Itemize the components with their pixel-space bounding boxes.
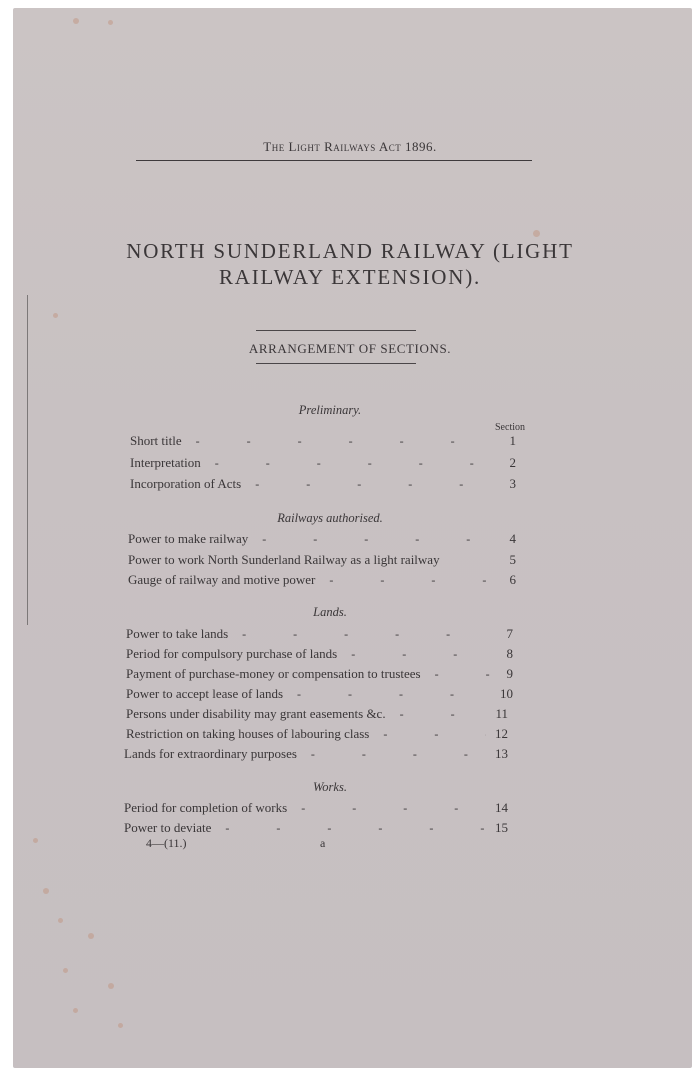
toc-title: Restriction on taking houses of labourin… xyxy=(126,726,369,742)
dot-leader: - - - - - - - - - - - - xyxy=(241,477,494,492)
toc-row: Interpretation- - - - - - - - - - - -2 xyxy=(130,455,516,473)
toc-row: Power to make railway- - - - - - - - - -… xyxy=(128,531,516,549)
toc-title: Gauge of railway and motive power xyxy=(128,572,315,588)
toc-section-number: 12 xyxy=(486,726,508,742)
toc-title: Power to accept lease of lands xyxy=(126,686,283,702)
print-mark: 4—(11.) xyxy=(146,836,187,851)
dot-leader: - - - - - - - - - - - - xyxy=(337,647,491,662)
toc-row: Period for completion of works- - - - - … xyxy=(124,800,508,818)
toc-title: Interpretation xyxy=(130,455,201,471)
toc-title: Short title xyxy=(130,433,182,449)
toc-section-number: 1 xyxy=(494,433,516,449)
toc-section-number: 2 xyxy=(494,455,516,471)
toc-row: Incorporation of Acts- - - - - - - - - -… xyxy=(130,476,516,494)
dot-leader: - - - - - - - - - - - - xyxy=(287,801,486,816)
toc-row: Restriction on taking houses of labourin… xyxy=(126,726,508,744)
toc-row: Power to work North Sunderland Railway a… xyxy=(128,552,516,570)
toc-title: Lands for extraordinary purposes xyxy=(124,746,297,762)
toc-section-number: 3 xyxy=(494,476,516,492)
title-line-1: NORTH SUNDERLAND RAILWAY (LIGHT xyxy=(0,238,700,264)
dot-leader: - - - - - - - - - - - - xyxy=(315,573,494,588)
toc-section-number: 14 xyxy=(486,800,508,816)
toc-title: Period for completion of works xyxy=(124,800,287,816)
arrangement-rule-bottom xyxy=(256,363,416,364)
toc-section-number: 13 xyxy=(486,746,508,762)
toc-row: Lands for extraordinary purposes- - - - … xyxy=(124,746,508,764)
running-head: The Light Railways Act 1896. xyxy=(0,139,700,155)
running-head-year: 1896. xyxy=(405,139,437,154)
arrangement-rule-top xyxy=(256,330,416,331)
toc-section-number: 4 xyxy=(494,531,516,547)
toc-row: Persons under disability may grant easem… xyxy=(126,706,508,724)
toc-row: Power to take lands- - - - - - - - - - -… xyxy=(126,626,513,644)
toc-row: Payment of purchase-money or compensatio… xyxy=(126,666,513,684)
arrangement-heading: ARRANGEMENT OF SECTIONS. xyxy=(0,341,700,357)
dot-leader: - - - - - - - - - - - - xyxy=(297,747,486,762)
toc-title: Persons under disability may grant easem… xyxy=(126,706,386,722)
dot-leader: - - - - - - - - - - - - xyxy=(182,434,494,449)
dot-leader: - - - - - - - - - - - - xyxy=(211,821,486,836)
group-heading-railways-authorised: Railways authorised. xyxy=(0,511,660,526)
document-title: NORTH SUNDERLAND RAILWAY (LIGHT RAILWAY … xyxy=(0,238,700,290)
running-head-title: The Light Railways Act xyxy=(263,139,401,154)
group-heading-preliminary: Preliminary. xyxy=(0,403,660,418)
dot-leader: - - - - - - - - - - - - xyxy=(248,532,494,547)
toc-row: Gauge of railway and motive power- - - -… xyxy=(128,572,516,590)
toc-section-number: 15 xyxy=(486,820,508,836)
toc-row: Power to accept lease of lands- - - - - … xyxy=(126,686,513,704)
dot-leader: - - - - - - - - - - - - xyxy=(369,727,486,742)
toc-title: Power to make railway xyxy=(128,531,248,547)
toc-section-number: 9 xyxy=(491,666,513,682)
toc-row: Short title- - - - - - - - - - - -1 xyxy=(130,433,516,451)
toc-title: Power to deviate xyxy=(124,820,211,836)
toc-title: Payment of purchase-money or compensatio… xyxy=(126,666,421,682)
toc-title: Power to take lands xyxy=(126,626,228,642)
dot-leader: - - - - - - - - - - - - xyxy=(228,627,491,642)
dot-leader: - - - - - - - - - - - - xyxy=(421,667,491,682)
dot-leader: - - - - - - - - - - - - xyxy=(386,707,486,722)
toc-title: Power to work North Sunderland Railway a… xyxy=(128,552,440,568)
signature-mark: a xyxy=(320,836,325,851)
group-heading-works: Works. xyxy=(0,780,660,795)
title-line-2: RAILWAY EXTENSION). xyxy=(0,264,700,290)
toc-section-number: 10 xyxy=(491,686,513,702)
section-column-label: Section xyxy=(495,422,525,433)
toc-section-number: 6 xyxy=(494,572,516,588)
toc-section-number: 8 xyxy=(491,646,513,662)
dot-leader: - - - - - - - - - - - - xyxy=(201,456,494,471)
toc-row: Period for compulsory purchase of lands-… xyxy=(126,646,513,664)
header-rule xyxy=(136,160,532,161)
group-heading-lands: Lands. xyxy=(0,605,660,620)
dot-leader: - - - - - - - - - - - - xyxy=(283,687,491,702)
toc-section-number: 5 xyxy=(494,552,516,568)
toc-section-number: 11 xyxy=(486,706,508,722)
toc-title: Incorporation of Acts xyxy=(130,476,241,492)
toc-section-number: 7 xyxy=(491,626,513,642)
toc-title: Period for compulsory purchase of lands xyxy=(126,646,337,662)
